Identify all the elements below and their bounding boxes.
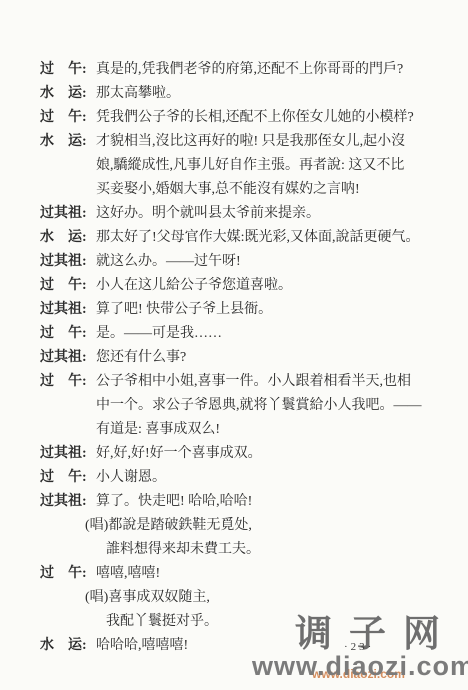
dialogue-text: 小人在这儿給公子爷您道喜啦。 <box>96 278 292 293</box>
dialogue-text: 嘻嘻,嘻嘻! <box>96 566 160 581</box>
dialogue-text: 有道是: 喜事成双么! <box>96 422 220 437</box>
dialogue-line: 娘,驕縱成性,凡事儿好自作主張。再者說: 这又不比 <box>40 154 460 178</box>
dialogue-text: 小人谢恩。 <box>96 470 166 485</box>
dialogue-text: 那太好了!父母官作大媒:既光彩,又体面,說話更硬气。 <box>96 230 420 245</box>
dialogue-line: 过 午:小人谢恩。 <box>40 466 460 490</box>
speaker-name: 过其祖: <box>40 202 96 226</box>
dialogue-line: (唱)都說是踏破鉄鞋无覓处, <box>40 514 460 538</box>
dialogue-text: 哈哈哈,嘻嘻嘻! <box>96 638 188 653</box>
speaker-name: 过 午: <box>40 322 96 346</box>
page-number: ·23· <box>344 641 374 653</box>
speaker-name: 水 运: <box>40 130 96 154</box>
dialogue-text: 公子爷相中小姐,喜事一件。小人跟着相看半天,也相 <box>96 374 411 389</box>
dialogue-line: 过 午:是。——可是我…… <box>40 322 460 346</box>
dialogue-text: 好,好,好!好一个喜事成双。 <box>96 446 262 461</box>
dialogue-text: 誰料想得来却未費工夫。 <box>106 542 260 557</box>
dialogue-line: 过 午:真是的,凭我們老爷的府第,还配不上你哥哥的門戶? <box>40 58 460 82</box>
speaker-name: 过 午: <box>40 370 96 394</box>
speaker-name: 水 运: <box>40 226 96 250</box>
speaker-name: 过其祖: <box>40 490 96 514</box>
dialogue-text: 中一个。求公子爷恩典,就将丫鬟賞給小人我吧。—— <box>96 398 422 413</box>
speaker-name: 过其祖: <box>40 346 96 370</box>
dialogue-line: 过 午:小人在这儿給公子爷您道喜啦。 <box>40 274 460 298</box>
dialogue-text: 这好办。明个就叫县太爷前来提亲。 <box>96 206 320 221</box>
dialogue-line: 买妾娶小,婚姻大事,总不能沒有媒妁之言呐! <box>40 178 460 202</box>
watermark-site-url: www.diaozi.com <box>252 651 468 682</box>
dialogue-text: (唱)喜事成双奴随主, <box>85 590 210 605</box>
dialogue-text: 算了。快走吧! 哈哈,哈哈! <box>96 494 252 509</box>
dialogue-line: 过其祖:算了吧! 快带公子爷上县衙。 <box>40 298 460 322</box>
dialogue-line: 过其祖:好,好,好!好一个喜事成双。 <box>40 442 460 466</box>
dialogue-text: 我配丫鬟挺对乎。 <box>106 614 218 629</box>
dialogue-line: 过其祖:算了。快走吧! 哈哈,哈哈! <box>40 490 460 514</box>
speaker-name: 过其祖: <box>40 298 96 322</box>
scanned-script-page: 过 午:真是的,凭我們老爷的府第,还配不上你哥哥的門戶?水 运:那太高攀啦。过 … <box>0 0 468 690</box>
dialogue-text: 凭我們公子爷的长相,还配不上你侄女儿她的小模样? <box>96 110 414 125</box>
dialogue-text: 就这么办。——过午呀! <box>96 254 241 269</box>
dialogue-line: 过 午:嘻嘻,嘻嘻! <box>40 562 460 586</box>
speaker-name: 过 午: <box>40 562 96 586</box>
speaker-name: 水 运: <box>40 82 96 106</box>
dialogue-text: 才貌相当,沒比这再好的啦! 只是我那侄女儿,起小沒 <box>96 134 405 149</box>
dialogue-text: 娘,驕縱成性,凡事儿好自作主張。再者說: 这又不比 <box>96 158 404 173</box>
dialogue-line: 过其祖:您还有什么事? <box>40 346 460 370</box>
speaker-name: 过其祖: <box>40 442 96 466</box>
dialogue-line: 中一个。求公子爷恩典,就将丫鬟賞給小人我吧。—— <box>40 394 460 418</box>
dialogue-line: 有道是: 喜事成双么! <box>40 418 460 442</box>
dialogue-line: 水 运:那太好了!父母官作大媒:既光彩,又体面,說話更硬气。 <box>40 226 460 250</box>
speaker-name: 过 午: <box>40 466 96 490</box>
dialogue-line: 过 午:公子爷相中小姐,喜事一件。小人跟着相看半天,也相 <box>40 370 460 394</box>
dialogue-line: 过其祖:这好办。明个就叫县太爷前来提亲。 <box>40 202 460 226</box>
dialogue-line: 誰料想得来却未費工夫。 <box>40 538 460 562</box>
dialogue-text: 买妾娶小,婚姻大事,总不能沒有媒妁之言呐! <box>96 182 360 197</box>
dialogue-line: 水 运:那太高攀啦。 <box>40 82 460 106</box>
dialogue-text: 您还有什么事? <box>96 350 186 365</box>
dialogue-text: 算了吧! 快带公子爷上县衙。 <box>96 302 272 317</box>
watermark-site-name: 调子网 <box>295 603 457 657</box>
speaker-name: 过 午: <box>40 58 96 82</box>
speaker-name: 过其祖: <box>40 250 96 274</box>
dialogue-line: 过其祖:就这么办。——过午呀! <box>40 250 460 274</box>
dialogue-line: 水 运:才貌相当,沒比这再好的啦! 只是我那侄女儿,起小沒 <box>40 130 460 154</box>
speaker-name: 过 午: <box>40 274 96 298</box>
speaker-name: 水 运: <box>40 634 96 658</box>
dialogue-text: 真是的,凭我們老爷的府第,还配不上你哥哥的門戶? <box>96 62 403 77</box>
speaker-name: 过 午: <box>40 106 96 130</box>
dialogue-text: (唱)都說是踏破鉄鞋无覓处, <box>85 518 252 533</box>
dialogue-line: 过 午:凭我們公子爷的长相,还配不上你侄女儿她的小模样? <box>40 106 460 130</box>
script-lines: 过 午:真是的,凭我們老爷的府第,还配不上你哥哥的門戶?水 运:那太高攀啦。过 … <box>40 58 460 658</box>
dialogue-text: 那太高攀啦。 <box>96 86 180 101</box>
dialogue-text: 是。——可是我…… <box>96 326 222 341</box>
